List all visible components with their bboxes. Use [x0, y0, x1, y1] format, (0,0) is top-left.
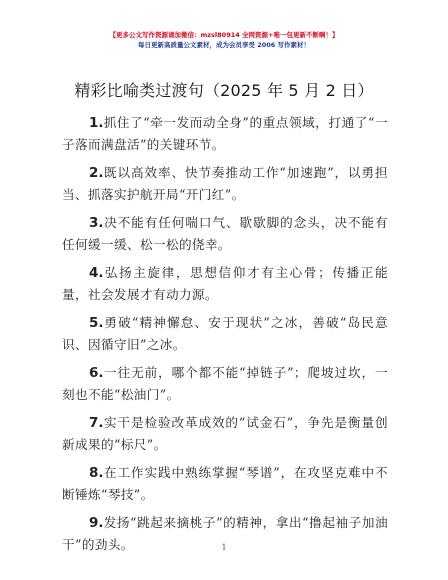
item-text: 决不能有任何喘口气、歇歇脚的念头，决不能有任何缓一缓、松一松的侥幸。 [62, 215, 388, 252]
promo-line-2: 每日更新高质量公文素材，成为会员享受 2006 写作素材！ [0, 40, 448, 50]
item-text: 抓住了“牵一发而动全身”的重点领域，打通了“一子落而满盘活”的关键环节。 [62, 115, 388, 152]
item-number: 3. [89, 215, 104, 231]
item-text: 一往无前，哪个都不能“掉链子”；爬坡过坎，一刻也不能“松油门”。 [62, 365, 388, 402]
list-item-5: 5.勇破“精神懈怠、安于现状”之冰，善破“岛民意识、因循守旧”之冰。 [62, 312, 388, 355]
item-number: 4. [89, 265, 104, 281]
item-number: 9. [89, 515, 104, 531]
item-number: 6. [89, 365, 104, 381]
list-item-8: 8.在工作实践中熟练掌握“琴谱”，在攻坚克难中不断锤炼“琴技”。 [62, 462, 388, 505]
list-item-6: 6.一往无前，哪个都不能“掉链子”；爬坡过坎，一刻也不能“松油门”。 [62, 362, 388, 405]
item-text: 既以高效率、快节奏推动工作“加速跑”，以勇担当、抓落实护航开局“开门红”。 [62, 165, 388, 202]
document-title: 精彩比喻类过渡句（2025 年 5 月 2 日） [0, 80, 448, 102]
promo-line-1: 【更多公文写作资源请加微信：mzsl80914 全网资源+唯一包更新不断啊！】 [0, 30, 448, 40]
item-text: 弘扬主旋律，思想信仰才有主心骨；传播正能量，社会发展才有动力源。 [62, 265, 388, 302]
item-text: 在工作实践中熟练掌握“琴谱”，在攻坚克难中不断锤炼“琴技”。 [62, 465, 388, 502]
list-item-7: 7.实干是检验改革成效的“试金石”，争先是衡量创新成果的“标尺”。 [62, 412, 388, 455]
list-item-2: 2.既以高效率、快节奏推动工作“加速跑”，以勇担当、抓落实护航开局“开门红”。 [62, 162, 388, 205]
item-text: 勇破“精神懈怠、安于现状”之冰，善破“岛民意识、因循守旧”之冰。 [62, 315, 388, 352]
list-item-4: 4.弘扬主旋律，思想信仰才有主心骨；传播正能量，社会发展才有动力源。 [62, 262, 388, 305]
item-number: 8. [89, 465, 104, 481]
promo-header: 【更多公文写作资源请加微信：mzsl80914 全网资源+唯一包更新不断啊！】 … [0, 30, 448, 50]
document-page: 【更多公文写作资源请加微信：mzsl80914 全网资源+唯一包更新不断啊！】 … [0, 0, 448, 580]
item-number: 5. [89, 315, 104, 331]
item-text: 实干是检验改革成效的“试金石”，争先是衡量创新成果的“标尺”。 [62, 415, 388, 452]
item-number: 2. [89, 165, 104, 181]
item-number: 7. [89, 415, 104, 431]
page-number: 1 [0, 543, 448, 552]
item-number: 1. [89, 115, 104, 131]
list-item-3: 3.决不能有任何喘口气、歇歇脚的念头，决不能有任何缓一缓、松一松的侥幸。 [62, 212, 388, 255]
list-item-1: 1.抓住了“牵一发而动全身”的重点领域，打通了“一子落而满盘活”的关键环节。 [62, 112, 388, 155]
document-body: 1.抓住了“牵一发而动全身”的重点领域，打通了“一子落而满盘活”的关键环节。 2… [62, 112, 388, 562]
